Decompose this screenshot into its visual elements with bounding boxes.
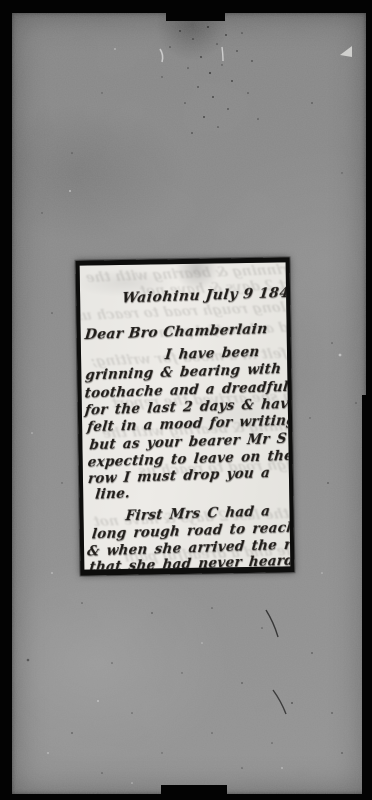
letter-line: line. [94,486,131,503]
letter-salutation: Dear Bro Chamberlain [84,321,269,343]
letter-line: I have been [164,344,260,363]
film-border-left [0,0,12,800]
film-border-bottom [0,794,372,800]
microfilm-scan: grinning & bearing with the for the last… [0,0,372,800]
film-notch-bottom [161,785,227,794]
letter-paper: grinning & bearing with the for the last… [76,257,295,575]
film-border-top [0,0,372,13]
film-notch-top [166,13,225,21]
film-border-right-step [362,395,372,800]
